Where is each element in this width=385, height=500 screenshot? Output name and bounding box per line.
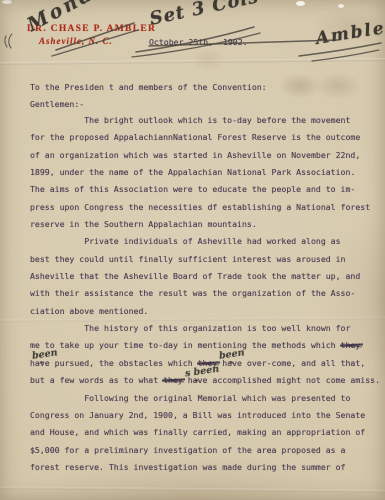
typed-text: Congress on January 2nd, 1900, a Bill wa… — [30, 410, 365, 420]
salutation-line-1: To the Presiden t and members of the Con… — [30, 79, 267, 96]
typed-text: accomplished might not come amiss. — [207, 375, 380, 385]
caret-mark: ^ — [194, 374, 199, 391]
margin-squiggle — [5, 34, 12, 48]
typed-line: $5,000 for a preliminary investigation o… — [30, 442, 380, 459]
typed-text: best they could until finally sufficient… — [30, 254, 345, 264]
typed-text: me to take up your time to-day in mentio… — [30, 340, 341, 350]
typed-line: best they could until finally sufficient… — [30, 251, 380, 268]
struck-word: they — [341, 340, 361, 350]
typed-text: with their assistance the result was the… — [30, 288, 355, 298]
typed-text: havebeen^ — [217, 358, 242, 368]
typed-text: 1899, under the name of the Appalachian … — [30, 167, 355, 177]
typed-text: Private individuals of Asheville had wor… — [30, 236, 341, 246]
typed-text: The history of this organization is too … — [30, 323, 350, 333]
typed-text: for the proposed AppalachiannNational Fo… — [30, 132, 360, 142]
typed-text: over-come, and all that, — [242, 358, 365, 368]
typed-line: The aims of this Association were to edu… — [30, 181, 380, 198]
date-line: October 25th, 1902. — [149, 37, 248, 47]
letterhead-city: Asheville, N. C. — [27, 36, 156, 46]
paper-speck — [2, 0, 12, 4]
ambler-underline — [312, 50, 379, 61]
paper-crease — [0, 486, 385, 492]
typed-line: but a few words as to what they haves be… — [30, 372, 380, 389]
typed-line: The history of this organization is too … — [30, 320, 380, 337]
typed-line: Following the original Memorial which wa… — [30, 390, 380, 407]
paper-speck — [338, 4, 344, 8]
typed-text: ciation above mentioned. — [30, 306, 148, 316]
struck-word: they — [163, 375, 183, 385]
typed-text: reserve in the Southern Appalachian moun… — [30, 219, 257, 229]
typed-line: of an organization which was started in … — [30, 147, 380, 164]
typed-line: press upon Congress the necessities df e… — [30, 199, 380, 216]
caret-mark: ^ — [229, 356, 234, 373]
typed-text: of an organization which was started in … — [30, 150, 360, 160]
typed-text: press upon Congress the necessities df e… — [30, 202, 370, 212]
letter-page: Dr. Chase P. Ambler Asheville, N. C. Mon… — [0, 0, 385, 500]
typed-text: pursued, the obstacles which — [50, 358, 198, 368]
typed-text: forest reserve. This investigation was m… — [30, 462, 345, 472]
handwritten-ambler-signature: Ambler — [314, 16, 385, 48]
typed-line: for the proposed AppalachiannNational Fo… — [30, 129, 380, 146]
typed-text: haves been^ — [183, 375, 208, 385]
typed-text: The aims of this Association were to edu… — [30, 184, 355, 194]
typed-line: with their assistance the result was the… — [30, 285, 380, 302]
typed-line: forest reserve. This investigation was m… — [30, 459, 380, 476]
handwritten-set-3-cols-note: Set 3 Cols — [148, 0, 261, 30]
typed-text: Asheville that the Asheville Board of Tr… — [30, 271, 360, 281]
typed-line: Private individuals of Asheville had wor… — [30, 233, 380, 250]
typed-line: and House, and which was finally carried… — [30, 424, 380, 441]
typed-line: reserve in the Southern Appalachian moun… — [30, 216, 380, 233]
typed-text: Following the original Memorial which wa… — [30, 393, 350, 403]
typed-line: Asheville that the Asheville Board of Tr… — [30, 268, 380, 285]
salutation-line-2: Gentlemen:- — [30, 96, 267, 113]
typed-text: but a few words as to what — [30, 375, 163, 385]
typed-text: and House, and which was finally carried… — [30, 427, 365, 437]
handwritten-insert: been — [31, 344, 59, 365]
paper-crease — [0, 58, 385, 65]
salutation: To the Presiden t and members of the Con… — [30, 79, 267, 112]
typed-line: 1899, under the name of the Appalachian … — [30, 164, 380, 181]
typed-line: ciation above mentioned. — [30, 303, 380, 320]
typed-text: $5,000 for a preliminary investigation o… — [30, 445, 345, 455]
typed-text: havebeen^ — [30, 358, 50, 368]
typed-body: The bright outlook which is to-day befor… — [30, 112, 380, 476]
typed-line: The bright outlook which is to-day befor… — [30, 112, 380, 129]
typed-text: The bright outlook which is to-day befor… — [30, 115, 350, 125]
typed-line: Congress on January 2nd, 1900, a Bill wa… — [30, 407, 380, 424]
paper-speck — [296, 1, 305, 6]
caret-mark: ^ — [39, 356, 44, 373]
typed-line: me to take up your time to-day in mentio… — [30, 337, 380, 354]
